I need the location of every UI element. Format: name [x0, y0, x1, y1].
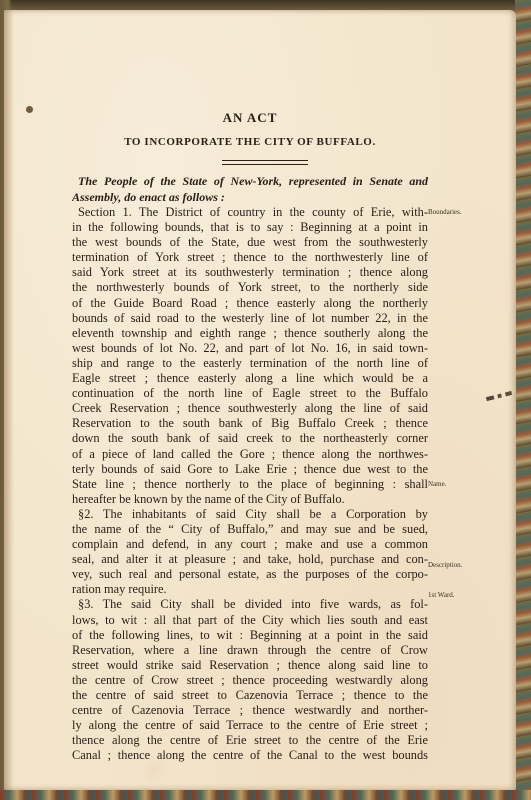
- enacting-clause: The People of the State of New-York, rep…: [72, 173, 428, 205]
- enacting-line: The People of the State of New-York, rep…: [72, 173, 428, 189]
- margin-note-first-ward: 1st Ward.: [428, 591, 455, 599]
- text-line: vey, such real and personal estate, as t…: [72, 567, 428, 582]
- title-divider: [222, 160, 308, 165]
- text-line: eleventh township and eighth range ; the…: [72, 326, 428, 341]
- text-line: street would strike said Reservation ; t…: [72, 658, 428, 673]
- text-line: Reservation, where a line drawn through …: [72, 643, 428, 658]
- text-line: §3. The said City shall be divided into …: [72, 597, 428, 612]
- marbled-bottom-edge: [0, 790, 531, 800]
- foxing-spot: [26, 106, 33, 113]
- text-line: west bounds of lot No. 22, and part of l…: [72, 341, 428, 356]
- enacting-line: Assembly, do enact as follows :: [72, 189, 428, 205]
- text-line: of the Guide Board Road ; thence easterl…: [72, 296, 428, 311]
- text-line: the name of the “ City of Buffalo,” and …: [72, 522, 428, 537]
- text-line: Creek Reservation ; thence southwesterly…: [72, 401, 428, 416]
- text-line: the centre of said street to Cazenovia T…: [72, 688, 428, 703]
- text-line: lows, to wit : all that part of the City…: [72, 613, 428, 628]
- text-line: Section 1. The District of country in th…: [72, 205, 428, 220]
- text-line: the centre of Crow street ; thence proce…: [72, 673, 428, 688]
- act-subtitle: TO INCORPORATE THE CITY OF BUFFALO.: [72, 136, 428, 148]
- book-scan: AN ACT TO INCORPORATE THE CITY OF BUFFAL…: [0, 0, 531, 800]
- margin-note-description: Description.: [428, 561, 462, 569]
- text-line: State line ; thence northerly to the pla…: [72, 477, 428, 492]
- text-line: of the following lines, to wit : Beginni…: [72, 628, 428, 643]
- text-line: Reservation to the south bank of Big Buf…: [72, 416, 428, 431]
- text-line: terly bounds of said Gore to Lake Erie ;…: [72, 462, 428, 477]
- text-line: termination of York street ; thence to t…: [72, 250, 428, 265]
- text-line: seal, and alter it at pleasure ; and tak…: [72, 552, 428, 567]
- margin-note-name: Name.: [428, 480, 446, 488]
- text-line: thence along the centre of Erie street t…: [72, 733, 428, 748]
- text-line: bounds of said road to the westerly line…: [72, 311, 428, 326]
- text-line: Eagle street ; thence easterly along a l…: [72, 371, 428, 386]
- text-line: in the following bounds, that is to say …: [72, 220, 428, 235]
- text-line: ly along the centre of said Terrace to t…: [72, 718, 428, 733]
- text-line: down the south bank of said creek to the…: [72, 431, 428, 446]
- text-line: ship and range to the easterly terminati…: [72, 356, 428, 371]
- text-line: hereafter be known by the name of the Ci…: [72, 492, 428, 507]
- margin-note-boundaries: Boundaries.: [428, 208, 462, 216]
- text-line: the west bounds of the State, due west f…: [72, 235, 428, 250]
- text-line: said York street at its southwesterly te…: [72, 265, 428, 280]
- text-line: of a piece of land called the Gore ; the…: [72, 447, 428, 462]
- act-title: AN ACT: [72, 110, 428, 126]
- marbled-page-edge: [515, 0, 531, 800]
- text-line: ration may require.: [72, 582, 428, 597]
- act-body: Section 1. The District of country in th…: [72, 205, 428, 763]
- text-line: §2. The inhabitants of said City shall b…: [72, 507, 428, 522]
- text-line: centre of Cazenovia Terrace ; thence wes…: [72, 703, 428, 718]
- text-line: Canal ; thence along the centre of the C…: [72, 748, 428, 763]
- text-line: continuation of the north line of Eagle …: [72, 386, 428, 401]
- text-line: complain and defend, in any court ; make…: [72, 537, 428, 552]
- page-gutter-shadow: [4, 10, 14, 790]
- text-line: the northwesterly bounds of York street,…: [72, 280, 428, 295]
